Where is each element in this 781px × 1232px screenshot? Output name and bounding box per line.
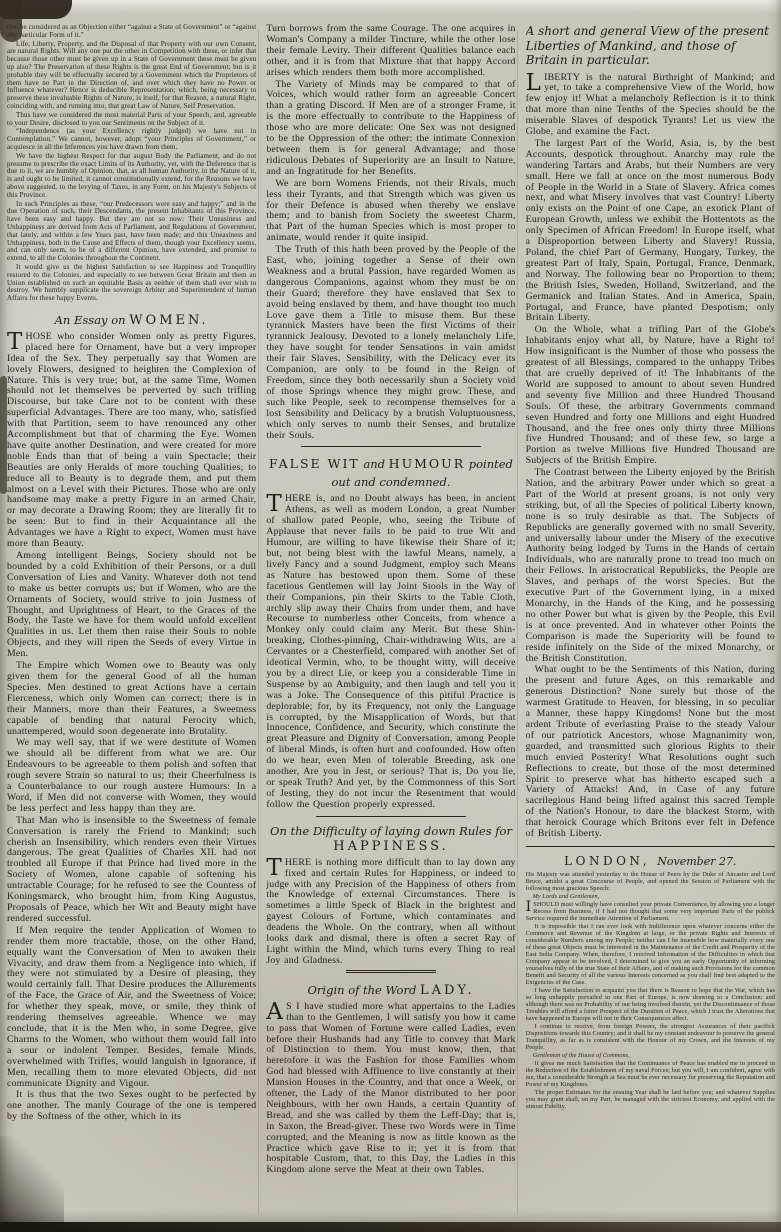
heading-title: WOMEN. xyxy=(129,313,209,328)
paragraph: It is thus that the two Sexes ought to b… xyxy=(7,1090,256,1123)
section-rule xyxy=(346,970,436,973)
paragraph: THERE is nothing more difficult than to … xyxy=(266,858,515,967)
heading-essay-on-women: An Essay on WOMEN. xyxy=(7,310,256,328)
column-middle: Turn borrows from the same Courage. The … xyxy=(266,24,515,1222)
paragraph: The Contrast between the Liberty enjoyed… xyxy=(526,468,775,664)
article-essay-on-women: THOSE who consider Women only as pretty … xyxy=(7,332,256,1123)
column-left: tive be considered as an Objection eithe… xyxy=(7,24,256,1222)
heading-title: LADY. xyxy=(420,983,474,998)
heading-caps: HUMOUR xyxy=(389,456,465,471)
paragraph: The Truth of this hath been proved by th… xyxy=(266,245,515,441)
paragraph: THERE is, and no Doubt always has been, … xyxy=(266,494,515,810)
heading-happiness: On the Difficulty of laying down Rules f… xyxy=(266,824,515,854)
paragraph: It gives me much Satisfaction that the C… xyxy=(526,1060,775,1088)
article-kings-speech: His Majesty was attended yesterday to th… xyxy=(526,871,775,1110)
section-rule xyxy=(316,816,466,817)
paragraph: I SHOULD most willingly have consulted y… xyxy=(526,901,775,922)
page-edge-shadow xyxy=(0,1222,781,1232)
section-rule xyxy=(301,446,481,447)
salutation: Gentlemen of the House of Commons, xyxy=(526,1052,775,1059)
paragraph: In such Principles as these, “our Predec… xyxy=(7,201,256,263)
salutation: My Lords and Gentlemen, xyxy=(526,893,775,900)
heading-title: HAPPINESS. xyxy=(266,839,515,854)
article-liberties: LIBERTY is the natural Birthright of Man… xyxy=(526,73,775,840)
article-essay-on-women-continued: Turn borrows from the same Courage. The … xyxy=(266,24,515,441)
page-columns: tive be considered as an Objection eithe… xyxy=(7,24,775,1222)
heading-false-wit: FALSE WIT and HUMOUR pointed out and con… xyxy=(266,454,515,490)
paragraph: Thus have we considered the most materia… xyxy=(7,112,256,128)
paragraph: His Majesty was attended yesterday to th… xyxy=(526,871,775,892)
paragraph: The proper Estimates for the ensuing Yea… xyxy=(526,1089,775,1110)
paragraph: I have the Satisfaction to acquaint you … xyxy=(526,987,775,1022)
heading-caps: FALSE WIT xyxy=(269,456,360,471)
paragraph: Life, Liberty, Property, and the Disposa… xyxy=(7,41,256,111)
section-rule xyxy=(526,846,775,847)
article-origin-lady: AS I have studied more what appertains t… xyxy=(266,1002,515,1177)
article-happiness: THERE is nothing more difficult than to … xyxy=(266,858,515,967)
article-false-wit: THERE is, and no Doubt always has been, … xyxy=(266,494,515,810)
paragraph: It is impossible that I can ever look wi… xyxy=(526,923,775,986)
paragraph: That Man who is insensible to the Sweetn… xyxy=(7,816,256,925)
paragraph: We have the highest Respect for that aug… xyxy=(7,153,256,200)
page-edge-shadow xyxy=(0,376,7,494)
paragraph: “Independence (as your Excellency rightl… xyxy=(7,128,256,151)
heading-origin-lady: Origin of the Word LADY. xyxy=(266,980,515,998)
paragraph: Among intelligent Beings, Society should… xyxy=(7,551,256,660)
heading-liberties: A short and general View of the present … xyxy=(526,24,775,68)
article-assembly-answer: tive be considered as an Objection eithe… xyxy=(7,24,256,303)
paragraph: If Men require the tender Application of… xyxy=(7,926,256,1090)
heading-lead: Origin of the Word xyxy=(307,983,420,997)
heading-italic: and xyxy=(360,457,389,471)
paragraph: tive be considered as an Objection eithe… xyxy=(7,24,256,40)
paragraph: The largest Part of the World, Asia, is,… xyxy=(526,139,775,324)
heading-lead: On the Difficulty of laying down Rules f… xyxy=(266,824,515,839)
paragraph: The Variety of Minds may be compared to … xyxy=(266,80,515,178)
column-right: A short and general View of the present … xyxy=(526,24,775,1222)
heading-lead: An Essay on xyxy=(55,313,130,327)
paragraph: On the Whole, what a trifling Part of th… xyxy=(526,325,775,467)
dateline-city: LONDON, xyxy=(564,854,657,868)
paragraph: We may well say, that if we were destitu… xyxy=(7,738,256,814)
paragraph: It would give us the highest Satisfactio… xyxy=(7,264,256,303)
paragraph: The Empire which Women owe to Beauty was… xyxy=(7,661,256,737)
dateline-date: November 27. xyxy=(657,855,736,868)
paragraph: Turn borrows from the same Courage. The … xyxy=(266,24,515,79)
heading-london-dateline: LONDON, November 27. xyxy=(526,851,775,869)
paragraph: AS I have studied more what appertains t… xyxy=(266,1002,515,1177)
paragraph: We are born Womens Friends, not their Ri… xyxy=(266,179,515,244)
paragraph: LIBERTY is the natural Birthright of Man… xyxy=(526,73,775,138)
paragraph: I continue to receive, from foreign Powe… xyxy=(526,1023,775,1051)
paragraph: What ought to be the Sentiments of this … xyxy=(526,665,775,840)
newspaper-page: tive be considered as an Objection eithe… xyxy=(0,0,781,1232)
paragraph: THOSE who consider Women only as pretty … xyxy=(7,332,256,550)
